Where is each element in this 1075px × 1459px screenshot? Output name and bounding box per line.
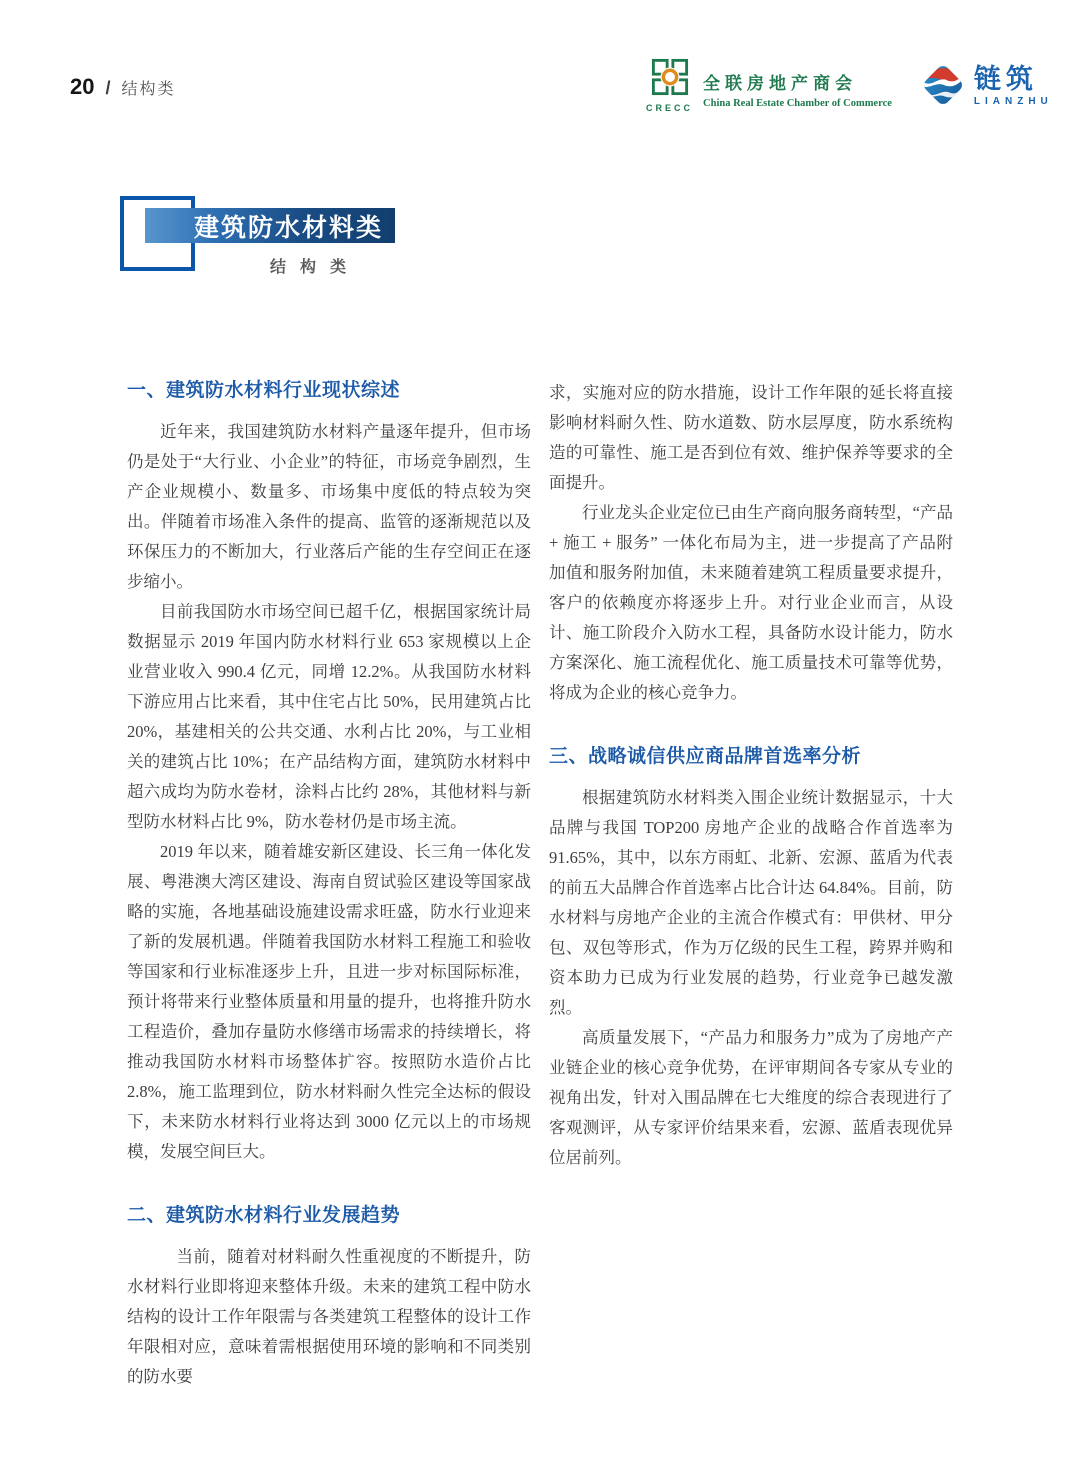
chapter-title-block: 建筑防水材料类 结构类 <box>120 196 420 291</box>
chapter-title: 建筑防水材料类 <box>194 208 383 244</box>
body-paragraph: 当前，随着对材料耐久性重视度的不断提升，防水材料行业即将迎来整体升级。未来的建筑… <box>127 1242 531 1392</box>
section-heading: 二、建筑防水材料行业发展趋势 <box>127 1203 531 1229</box>
body-paragraph: 行业龙头企业定位已由生产商向服务商转型，“产品 + 施工 + 服务” 一体化布局… <box>549 498 953 708</box>
body-paragraph: 求，实施对应的防水措施，设计工作年限的延长将直接影响材料耐久性、防水道数、防水层… <box>549 378 953 498</box>
section-heading: 一、建筑防水材料行业现状综述 <box>127 378 531 404</box>
crecc-name-cn: 全联房地产商会 <box>703 69 892 94</box>
page-header-category: 结构类 <box>122 76 176 99</box>
left-column: 一、建筑防水材料行业现状综述近年来，我国建筑防水材料产量逐年提升，但市场仍是处于… <box>127 378 531 1392</box>
body-paragraph: 高质量发展下，“产品力和服务力”成为了房地产产业链企业的核心竞争优势，在评审期间… <box>549 1023 953 1173</box>
chapter-subtitle: 结构类 <box>270 254 360 277</box>
right-column: 求，实施对应的防水措施，设计工作年限的延长将直接影响材料耐久性、防水道数、防水层… <box>549 378 953 1173</box>
lianzhu-logo: 链筑 LIANZHU <box>920 62 1053 113</box>
lianzhu-name-en: LIANZHU <box>974 96 1053 107</box>
crecc-squares-icon <box>651 58 689 101</box>
crecc-name-en: China Real Estate Chamber of Commerce <box>703 98 892 109</box>
page-header-separator: / <box>105 78 110 99</box>
body-paragraph: 目前我国防水市场空间已超千亿，根据国家统计局数据显示 2019 年国内防水材料行… <box>127 597 531 837</box>
lianzhu-name-cn: 链筑 <box>974 66 1053 93</box>
body-paragraph: 近年来，我国建筑防水材料产量逐年提升，但市场仍是处于“大行业、小企业”的特征，市… <box>127 417 531 597</box>
header-logos: CRECC 全联房地产商会 China Real Estate Chamber … <box>646 58 1053 113</box>
crecc-logo-icon-block: CRECC <box>646 58 693 113</box>
page-number: 20 <box>70 74 94 100</box>
crecc-logo: CRECC 全联房地产商会 China Real Estate Chamber … <box>646 58 892 113</box>
chapter-title-bar: 建筑防水材料类 <box>145 208 395 243</box>
crecc-abbr-label: CRECC <box>646 103 693 113</box>
lianzhu-diamond-icon <box>920 62 966 113</box>
body-paragraph: 2019 年以来，随着雄安新区建设、长三角一体化发展、粤港澳大湾区建设、海南自贸… <box>127 837 531 1167</box>
crecc-logo-text: 全联房地产商会 China Real Estate Chamber of Com… <box>703 69 892 113</box>
body-paragraph: 根据建筑防水材料类入围企业统计数据显示，十大品牌与我国 TOP200 房地产企业… <box>549 783 953 1023</box>
page-header: 20 / 结构类 <box>70 74 176 100</box>
lianzhu-logo-text: 链筑 LIANZHU <box>974 66 1053 113</box>
document-page: 20 / 结构类 <box>0 0 1075 1459</box>
section-heading: 三、战略诚信供应商品牌首选率分析 <box>549 744 953 770</box>
